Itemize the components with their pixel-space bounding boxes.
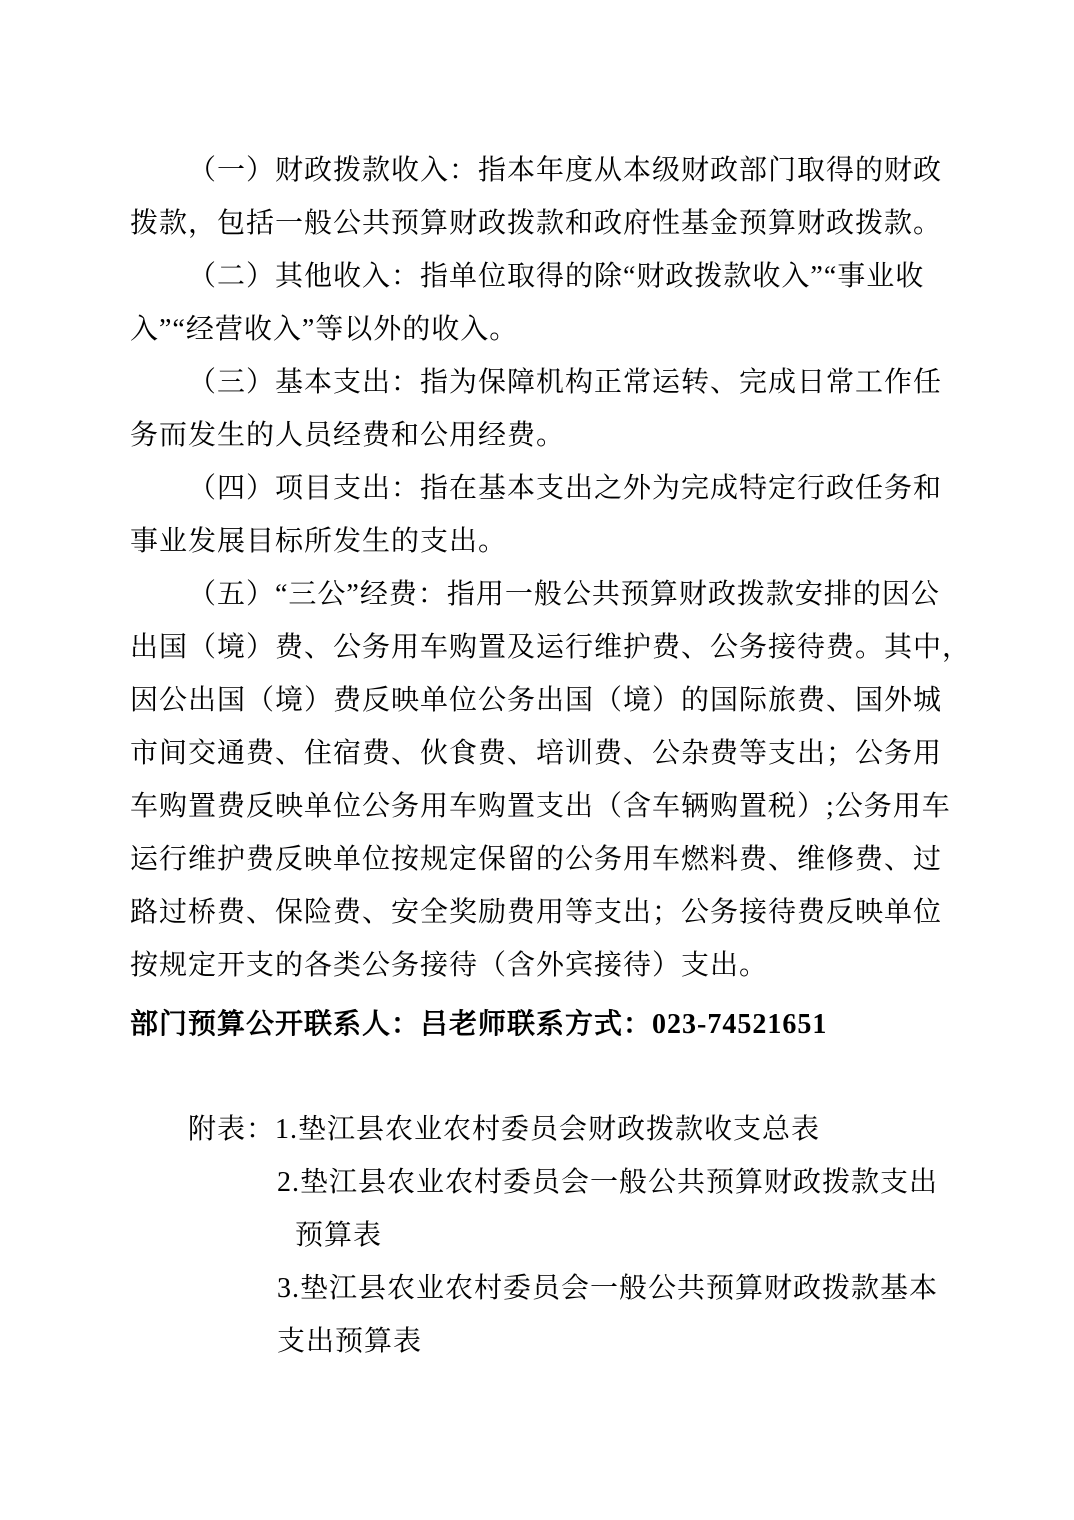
body-line: 路过桥费、保险费、安全奖励费用等支出；公务接待费反映单位 — [130, 886, 945, 939]
document-page: （一）财政拨款收入：指本年度从本级财政部门取得的财政 拨款，包括一般公共预算财政… — [0, 0, 1074, 1520]
body-line: 车购置费反映单位公务用车购置支出（含车辆购置税）;公务用车 — [130, 780, 945, 833]
body-line: （四）项目支出：指在基本支出之外为完成特定行政任务和 — [130, 462, 945, 515]
appendix-line: 3.垫江县农业农村委员会一般公共预算财政拨款基本 — [130, 1262, 945, 1315]
body-line: 务而发生的人员经费和公用经费。 — [130, 409, 945, 462]
appendix-line: 2.垫江县农业农村委员会一般公共预算财政拨款支出 — [130, 1156, 945, 1209]
appendix-line: 支出预算表 — [130, 1315, 945, 1368]
document-content: （一）财政拨款收入：指本年度从本级财政部门取得的财政 拨款，包括一般公共预算财政… — [130, 144, 945, 1368]
blank-line — [130, 1051, 945, 1103]
body-line: 市间交通费、住宿费、伙食费、培训费、公杂费等支出；公务用 — [130, 727, 945, 780]
body-line: （五）“三公”经费：指用一般公共预算财政拨款安排的因公 — [130, 568, 945, 621]
body-line: 入”“经营收入”等以外的收入。 — [130, 303, 945, 356]
body-line: 因公出国（境）费反映单位公务出国（境）的国际旅费、国外城 — [130, 674, 945, 727]
appendix-line: 附表：1.垫江县农业农村委员会财政拨款收支总表 — [130, 1103, 945, 1156]
body-line: （二）其他收入：指单位取得的除“财政拨款收入”“事业收 — [130, 250, 945, 303]
body-line: 出国（境）费、公务用车购置及运行维护费、公务接待费。其中， — [130, 621, 945, 674]
body-line: 拨款，包括一般公共预算财政拨款和政府性基金预算财政拨款。 — [130, 197, 945, 250]
body-line: 运行维护费反映单位按规定保留的公务用车燃料费、维修费、过 — [130, 833, 945, 886]
body-line: 事业发展目标所发生的支出。 — [130, 515, 945, 568]
body-line: （三）基本支出：指为保障机构正常运转、完成日常工作任 — [130, 356, 945, 409]
appendix-line: 预算表 — [130, 1209, 945, 1262]
body-line: （一）财政拨款收入：指本年度从本级财政部门取得的财政 — [130, 144, 945, 197]
contact-line: 部门预算公开联系人：吕老师联系方式：023-74521651 — [130, 998, 945, 1051]
body-line: 按规定开支的各类公务接待（含外宾接待）支出。 — [130, 939, 945, 992]
